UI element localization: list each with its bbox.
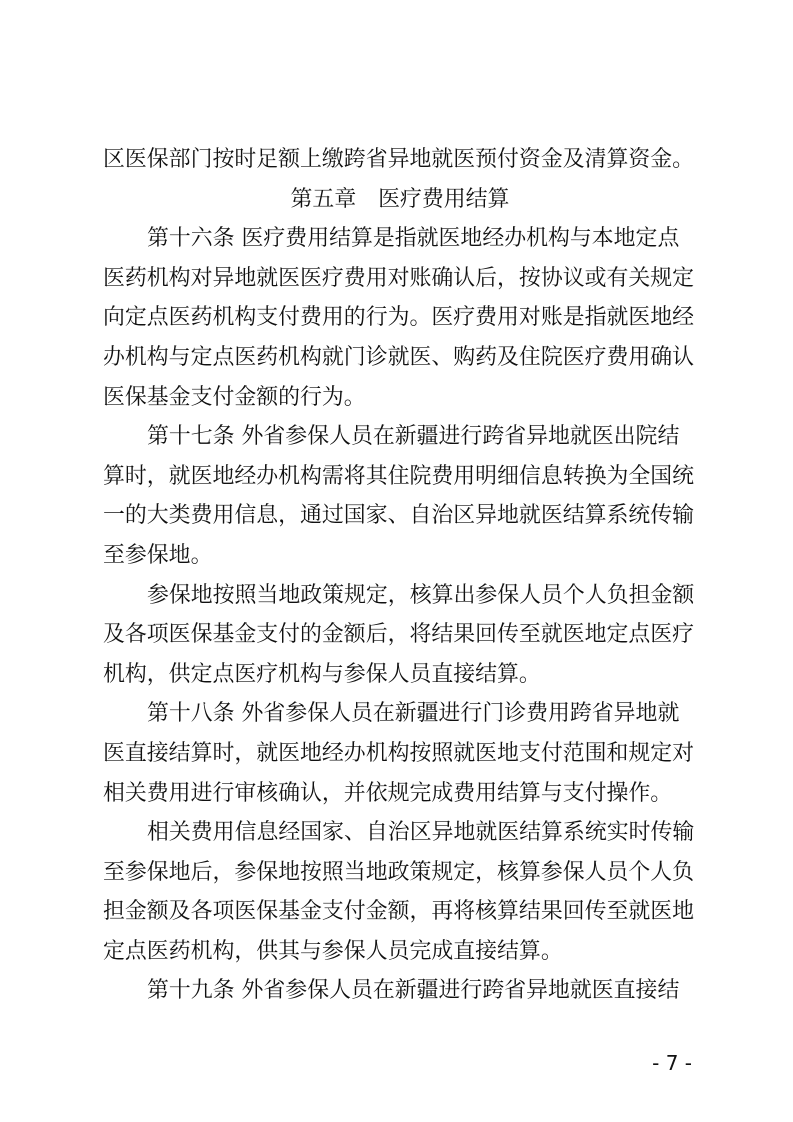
paragraph-start: 相关费用信息经国家、自治区异地就医结算系统实时传输 <box>103 813 697 853</box>
document-body: 区医保部门按时足额上缴跨省异地就医预付资金及清算资金。 第五章 医疗费用结算 第… <box>103 140 697 1011</box>
chapter-heading: 第五章 医疗费用结算 <box>103 180 697 220</box>
article-16-start: 第十六条 医疗费用结算是指就医地经办机构与本地定点 <box>103 219 697 259</box>
text-line: 机构，供定点医疗机构与参保人员直接结算。 <box>103 655 697 695</box>
text-line: 医药机构对异地就医医疗费用对账确认后，按协议或有关规定 <box>103 259 697 299</box>
text-line: 区医保部门按时足额上缴跨省异地就医预付资金及清算资金。 <box>103 140 697 180</box>
text-line: 及各项医保基金支付的金额后，将结果回传至就医地定点医疗 <box>103 615 697 655</box>
text-line: 医直接结算时，就医地经办机构按照就医地支付范围和规定对 <box>103 734 697 774</box>
text-line: 办机构与定点医药机构就门诊就医、购药及住院医疗费用确认 <box>103 338 697 378</box>
paragraph-start: 参保地按照当地政策规定，核算出参保人员个人负担金额 <box>103 576 697 616</box>
text-line: 算时，就医地经办机构需将其住院费用明细信息转换为全国统 <box>103 457 697 497</box>
text-line: 一的大类费用信息，通过国家、自治区异地就医结算系统传输 <box>103 496 697 536</box>
text-line: 至参保地后，参保地按照当地政策规定，核算参保人员个人负 <box>103 853 697 893</box>
article-19-start: 第十九条 外省参保人员在新疆进行跨省异地就医直接结 <box>103 971 697 1011</box>
article-17-start: 第十七条 外省参保人员在新疆进行跨省异地就医出院结 <box>103 417 697 457</box>
text-line: 相关费用进行审核确认，并依规完成费用结算与支付操作。 <box>103 774 697 814</box>
text-line: 向定点医药机构支付费用的行为。医疗费用对账是指就医地经 <box>103 298 697 338</box>
text-line: 至参保地。 <box>103 536 697 576</box>
text-line: 担金额及各项医保基金支付金额，再将核算结果回传至就医地 <box>103 892 697 932</box>
article-18-start: 第十八条 外省参保人员在新疆进行门诊费用跨省异地就 <box>103 694 697 734</box>
page-number: - 7 - <box>652 1051 692 1075</box>
text-line: 医保基金支付金额的行为。 <box>103 378 697 418</box>
text-line: 定点医药机构，供其与参保人员完成直接结算。 <box>103 932 697 972</box>
